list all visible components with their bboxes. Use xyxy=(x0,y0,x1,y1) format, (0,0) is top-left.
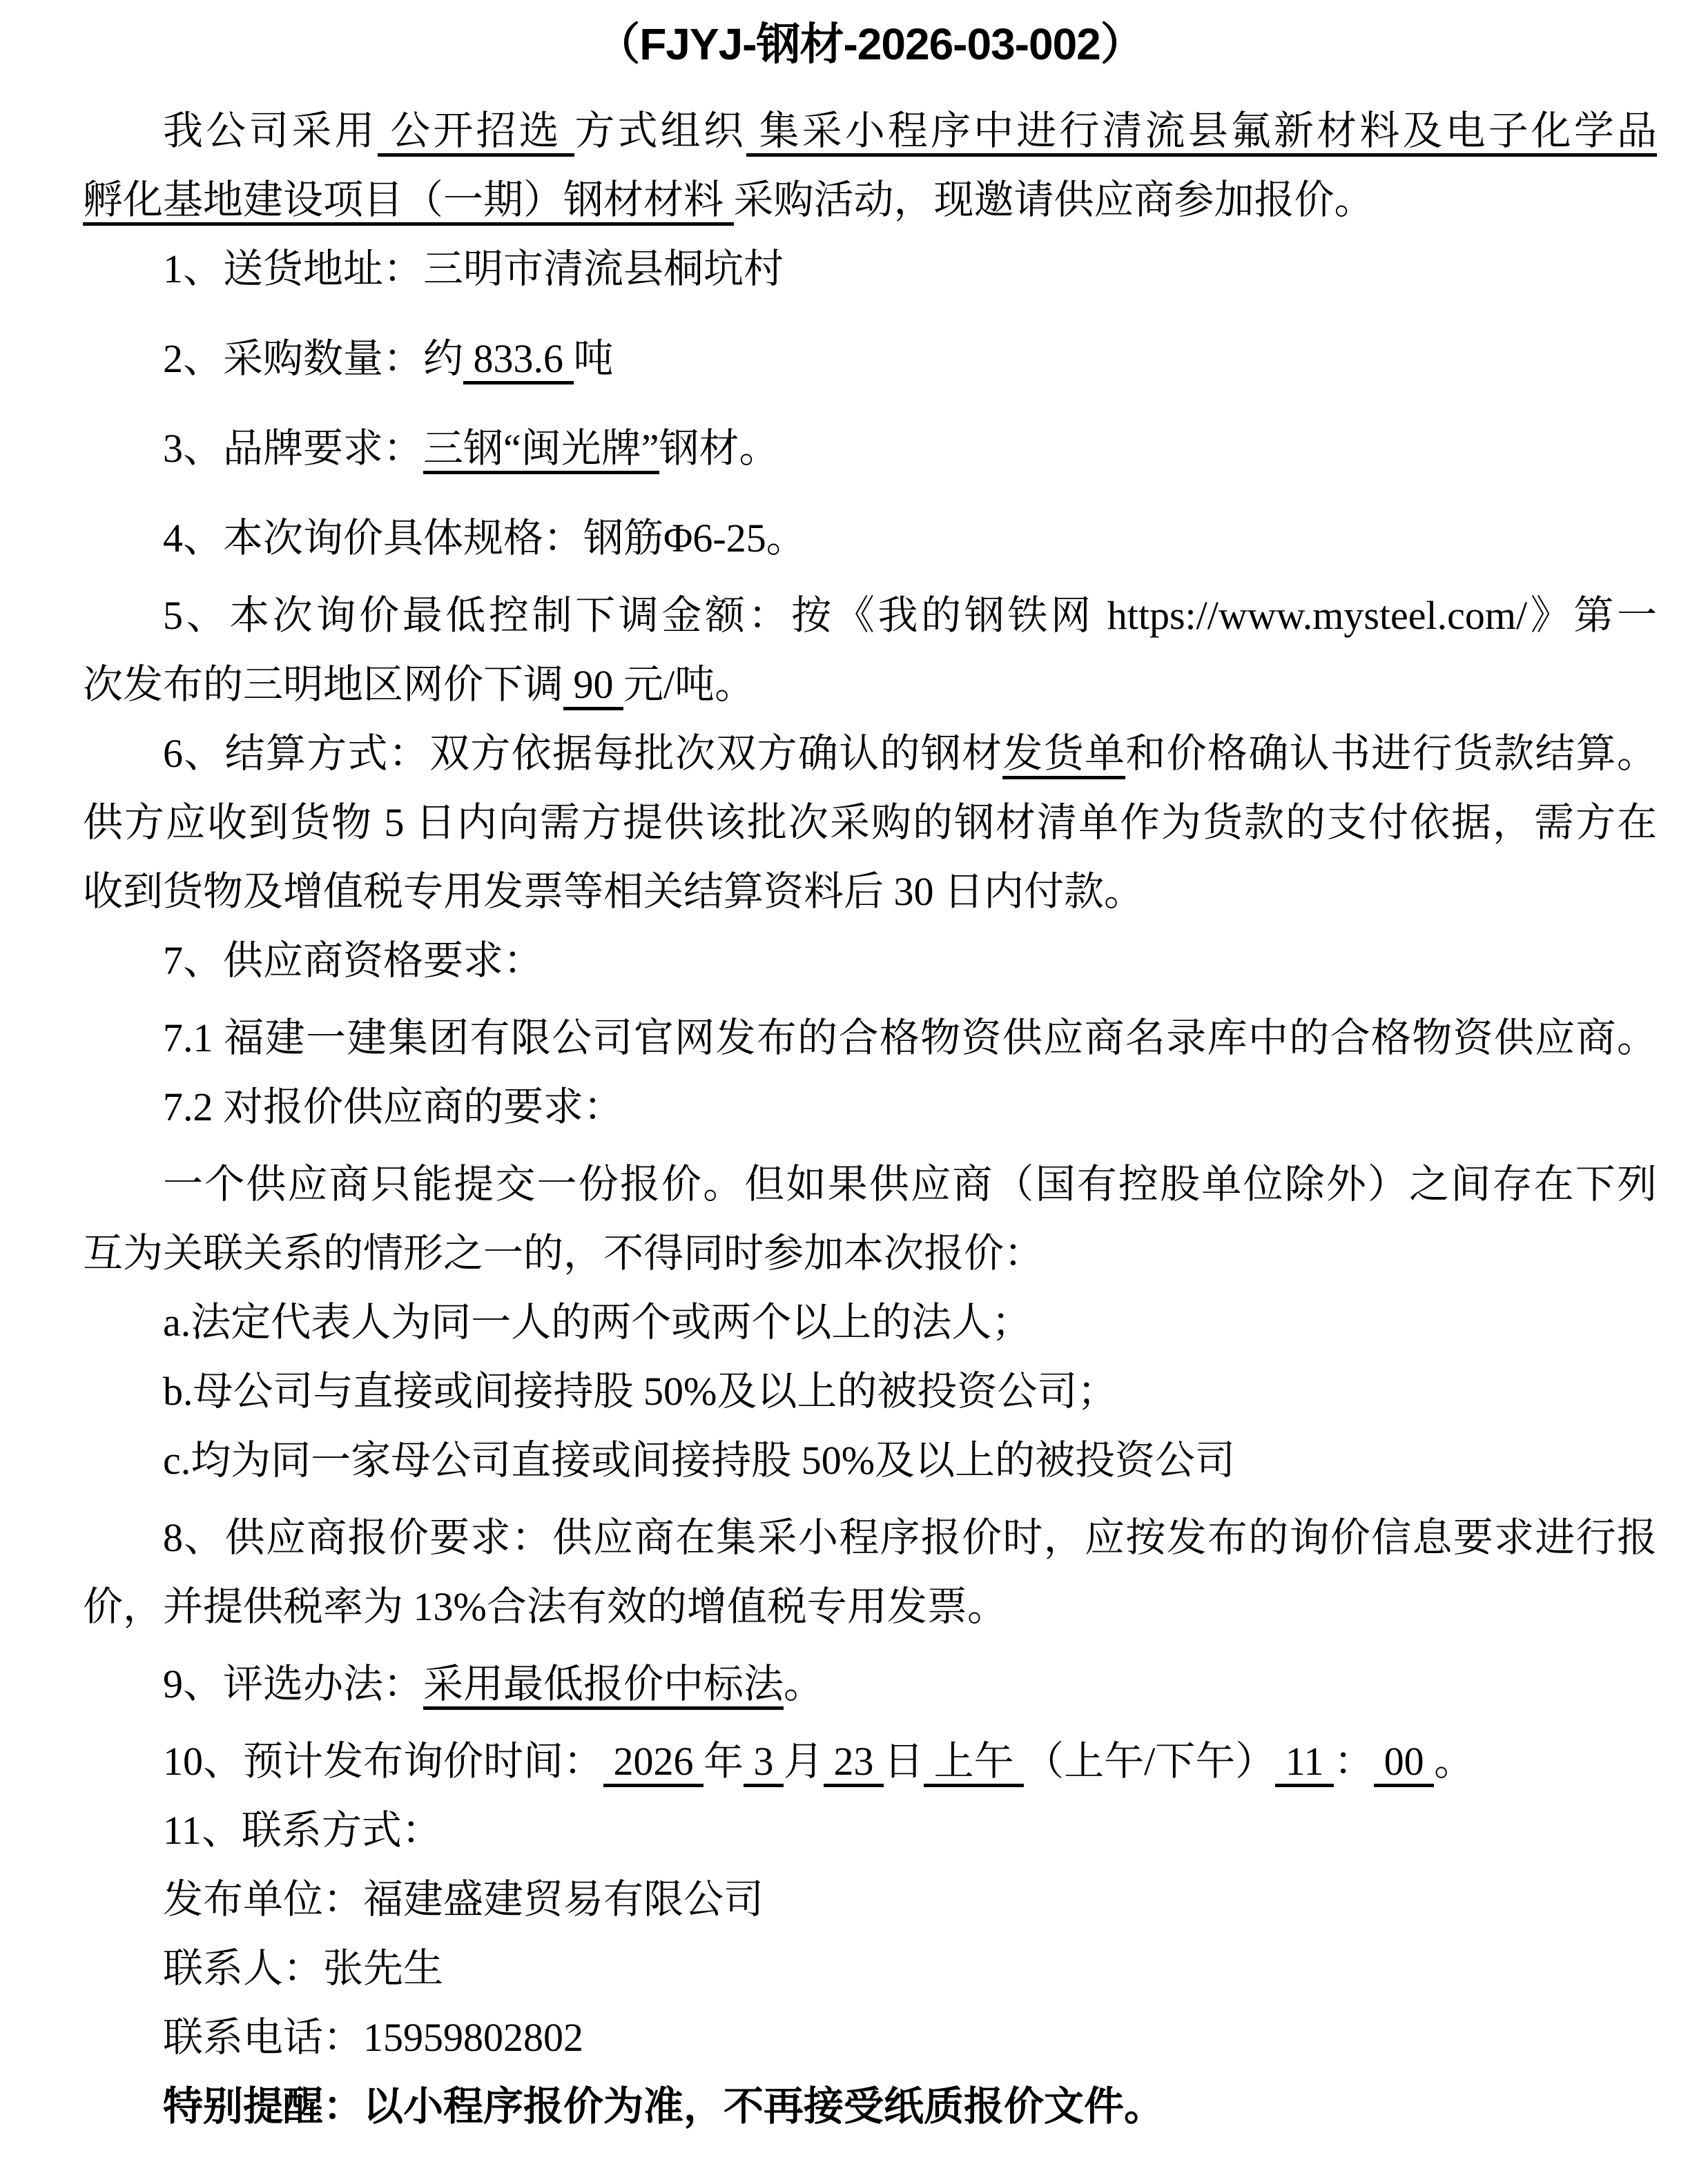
document-title: （FJYJ-钢材-2026-03-002） xyxy=(83,12,1657,76)
doc-line: 6、结算方式：双方依据每批次双方确认的钢材发货单和价格确认书进行货款结算。 xyxy=(83,719,1657,788)
text-run: 2、采购数量：约 xyxy=(163,336,463,381)
text-run: 日 xyxy=(884,1739,924,1784)
text-run: 互为关联关系的情形之一的，不得同时参加本次报价： xyxy=(83,1231,1044,1276)
underlined-text: 90 xyxy=(563,662,623,710)
text-run: 4、本次询价具体规格：钢筋Φ6-25。 xyxy=(163,516,806,561)
text-run: 。 xyxy=(784,1662,824,1706)
underlined-text: 23 xyxy=(824,1739,884,1787)
text-run: b.母公司与直接或间接持股 50%及以上的被投资公司； xyxy=(163,1369,1117,1414)
doc-line: 特别提醒：以小程序报价为准，不再接受纸质报价文件。 xyxy=(83,2072,1657,2141)
doc-line: 次发布的三明地区网价下调 90 元/吨。 xyxy=(83,650,1657,719)
text-run: 特别提醒：以小程序报价为准，不再接受纸质报价文件。 xyxy=(163,2084,1164,2129)
underlined-text: 公开招选 xyxy=(378,108,575,157)
text-run: 7.2 对报价供应商的要求： xyxy=(163,1084,623,1129)
text-run: 方式组织 xyxy=(574,108,746,153)
underlined-text: 00 xyxy=(1374,1739,1434,1787)
text-run: 发布单位：福建盛建贸易有限公司 xyxy=(163,1877,764,1922)
doc-line: 1、送货地址：三明市清流县桐坑村 xyxy=(83,235,1657,304)
document-body: 我公司采用 公开招选 方式组织 集采小程序中进行清流县氟新材料及电子化学品孵化基… xyxy=(83,97,1657,2141)
doc-line: 10、预计发布询价时间： 2026 年 3 月 23 日 上午 （上午/下午） … xyxy=(83,1727,1657,1796)
doc-line: 7.1 福建一建集团有限公司官网发布的合格物资供应商名录库中的合格物资供应商。 xyxy=(83,1004,1657,1073)
text-run: 我公司采用 xyxy=(163,108,378,153)
text-run: 1、送货地址：三明市清流县桐坑村 xyxy=(163,246,784,291)
doc-line: 孵化基地建设项目（一期）钢材材料 采购活动，现邀请供应商参加报价。 xyxy=(83,166,1657,235)
text-run: 11、联系方式： xyxy=(163,1808,442,1853)
doc-line: 我公司采用 公开招选 方式组织 集采小程序中进行清流县氟新材料及电子化学品 xyxy=(83,97,1657,166)
doc-line: 互为关联关系的情形之一的，不得同时参加本次报价： xyxy=(83,1219,1657,1288)
doc-line: 8、供应商报价要求：供应商在集采小程序报价时，应按发布的询价信息要求进行报 xyxy=(83,1503,1657,1572)
text-run: （上午/下午） xyxy=(1024,1739,1275,1784)
text-run: 9、评选办法： xyxy=(163,1662,423,1706)
doc-line: 11、联系方式： xyxy=(83,1796,1657,1865)
doc-line: 3、品牌要求：三钢“闽光牌”钢材。 xyxy=(83,414,1657,483)
doc-line: a.法定代表人为同一人的两个或两个以上的法人； xyxy=(83,1288,1657,1357)
doc-line: 2、采购数量：约 833.6 吨 xyxy=(83,324,1657,393)
underlined-text: 孵化基地建设项目（一期）钢材材料 xyxy=(83,177,734,226)
text-run: 7、供应商资格要求： xyxy=(163,938,543,983)
doc-line: 7.2 对报价供应商的要求： xyxy=(83,1073,1657,1142)
underlined-text: 采用最低报价中标法 xyxy=(423,1662,784,1710)
text-run: 月 xyxy=(784,1739,824,1784)
doc-line: 供方应收到货物 5 日内向需方提供该批次采购的钢材清单作为货款的支付依据，需方在 xyxy=(83,788,1657,857)
underlined-text: 集采小程序中进行清流县氟新材料及电子化学品 xyxy=(746,108,1657,157)
doc-line: 联系人：张先生 xyxy=(83,1934,1657,2003)
underlined-text: 11 xyxy=(1275,1739,1334,1787)
doc-line: 一个供应商只能提交一份报价。但如果供应商（国有控股单位除外）之间存在下列 xyxy=(83,1150,1657,1219)
underlined-text: 2026 xyxy=(603,1739,703,1787)
text-run: c.均为同一家母公司直接或间接持股 50%及以上的被投资公司 xyxy=(163,1438,1235,1483)
text-run: 次发布的三明地区网价下调 xyxy=(83,662,563,707)
doc-line: 4、本次询价具体规格：钢筋Φ6-25。 xyxy=(83,504,1657,573)
doc-line: 收到货物及增值税专用发票等相关结算资料后 30 日内付款。 xyxy=(83,857,1657,926)
underlined-text: 发货单 xyxy=(1002,731,1125,779)
doc-line: 5、本次询价最低控制下调金额：按《我的钢铁网 https://www.myste… xyxy=(83,581,1657,650)
text-run: 5、本次询价最低控制下调金额：按《我的钢铁网 https://www.myste… xyxy=(163,593,1657,638)
text-run: 联系人：张先生 xyxy=(163,1946,443,1991)
text-run: 。 xyxy=(1434,1739,1474,1784)
doc-line: b.母公司与直接或间接持股 50%及以上的被投资公司； xyxy=(83,1357,1657,1426)
text-run: 年 xyxy=(703,1739,744,1784)
doc-line: c.均为同一家母公司直接或间接持股 50%及以上的被投资公司 xyxy=(83,1426,1657,1495)
doc-line: 发布单位：福建盛建贸易有限公司 xyxy=(83,1865,1657,1934)
text-run: 10、预计发布询价时间： xyxy=(163,1739,603,1784)
text-run: 钢材。 xyxy=(659,426,779,471)
text-run: 8、供应商报价要求：供应商在集采小程序报价时，应按发布的询价信息要求进行报 xyxy=(163,1515,1657,1560)
text-run: 采购活动，现邀请供应商参加报价。 xyxy=(734,177,1375,222)
underlined-text: 833.6 xyxy=(463,336,574,384)
text-run: 一个供应商只能提交一份报价。但如果供应商（国有控股单位除外）之间存在下列 xyxy=(163,1162,1657,1207)
text-run: a.法定代表人为同一人的两个或两个以上的法人； xyxy=(163,1300,1031,1345)
text-run: 7.1 福建一建集团有限公司官网发布的合格物资供应商名录库中的合格物资供应商。 xyxy=(163,1015,1657,1060)
doc-line: 联系电话：15959802802 xyxy=(83,2003,1657,2072)
text-run: 供方应收到货物 5 日内向需方提供该批次采购的钢材清单作为货款的支付依据，需方在 xyxy=(83,800,1657,845)
text-run: 收到货物及增值税专用发票等相关结算资料后 30 日内付款。 xyxy=(83,869,1144,914)
text-run: 6、结算方式：双方依据每批次双方确认的钢材 xyxy=(163,731,1002,776)
doc-line: 7、供应商资格要求： xyxy=(83,926,1657,995)
underlined-text: 3 xyxy=(744,1739,784,1787)
text-run: 吨 xyxy=(574,336,614,381)
doc-line: 9、评选办法：采用最低报价中标法。 xyxy=(83,1650,1657,1719)
document-page: （FJYJ-钢材-2026-03-002） 我公司采用 公开招选 方式组织 集采… xyxy=(0,0,1708,2141)
text-run: 价，并提供税率为 13%合法有效的增值税专用发票。 xyxy=(83,1584,1007,1629)
underlined-text: 上午 xyxy=(924,1739,1024,1787)
text-run: 联系电话：15959802802 xyxy=(163,2015,583,2060)
text-run: 元/吨。 xyxy=(623,662,755,707)
underlined-text: 三钢“闽光牌” xyxy=(423,426,659,474)
text-run: 3、品牌要求： xyxy=(163,426,423,471)
text-run: 和价格确认书进行货款结算。 xyxy=(1125,731,1657,776)
text-run: ： xyxy=(1334,1739,1374,1784)
doc-line: 价，并提供税率为 13%合法有效的增值税专用发票。 xyxy=(83,1572,1657,1642)
